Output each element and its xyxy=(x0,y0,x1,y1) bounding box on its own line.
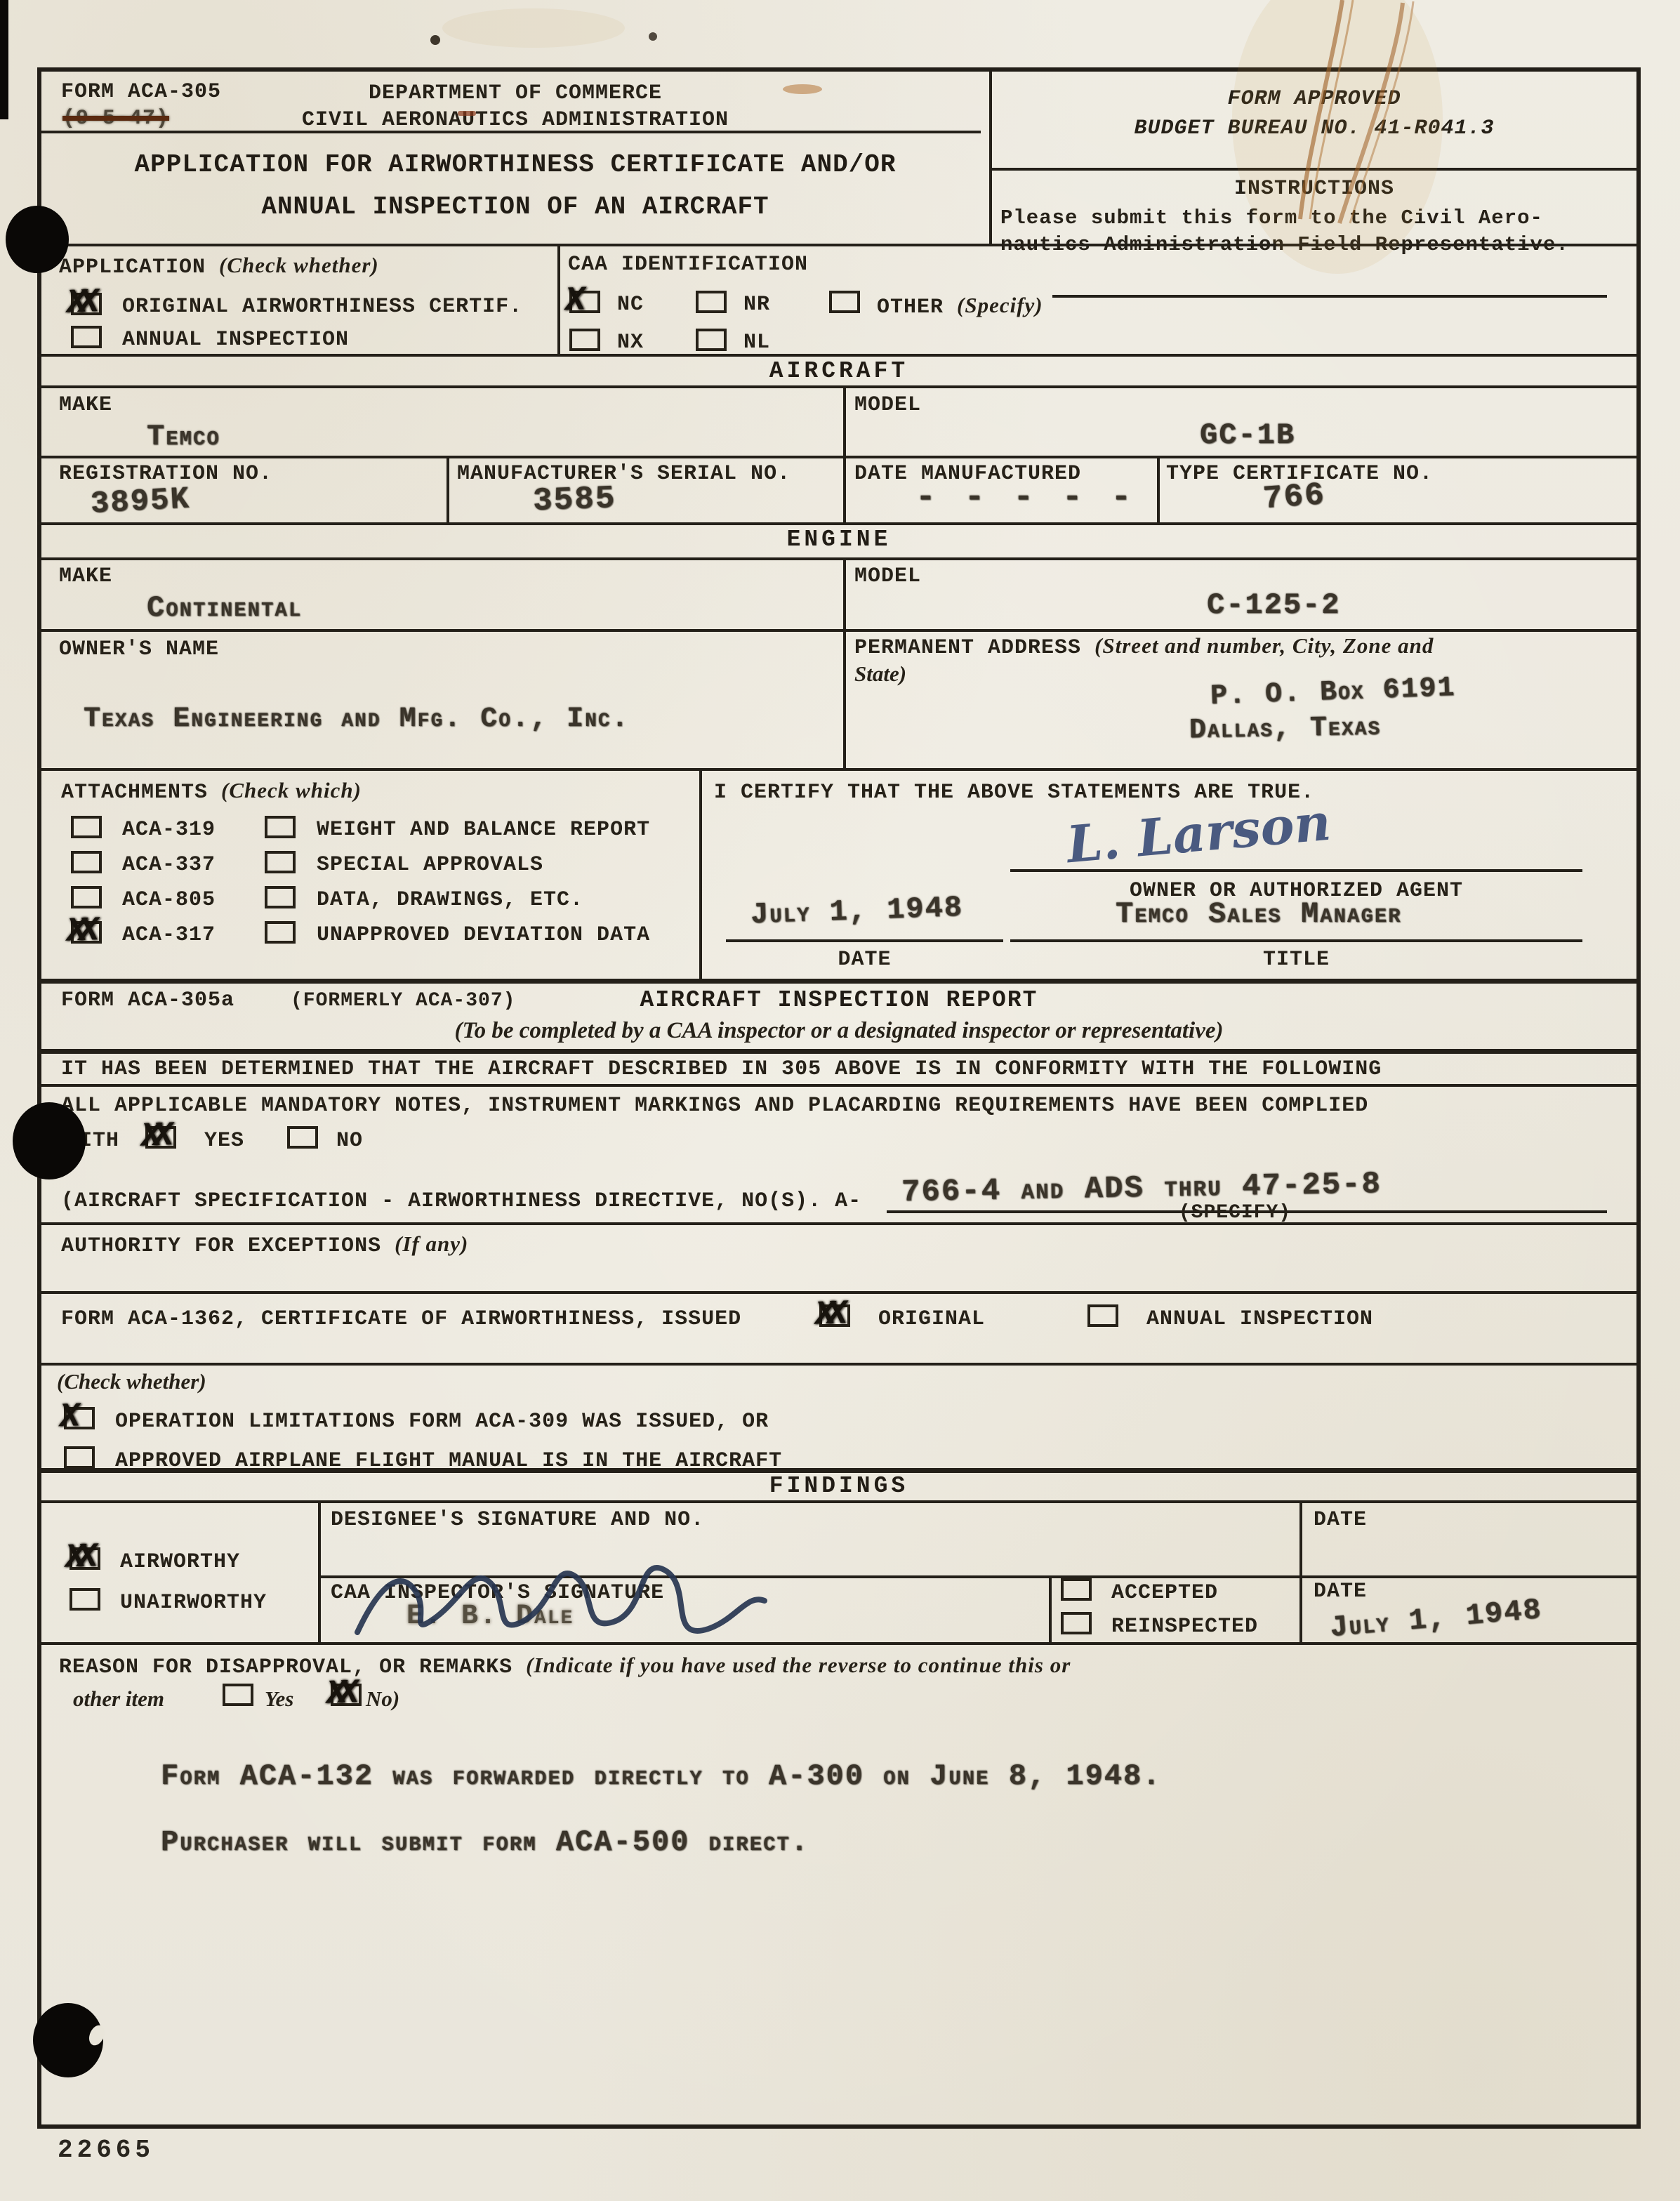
flight-manual-checkbox xyxy=(64,1446,95,1469)
issued-original-checkmark: XX xyxy=(814,1295,839,1334)
other-checkbox xyxy=(829,291,860,313)
remarks-line1: Form ACA-132 was forwarded directly to A… xyxy=(161,1759,1161,1793)
issued-original-checkbox: XX xyxy=(819,1304,850,1327)
registration-value: 3895K xyxy=(90,482,191,522)
nr-checkbox xyxy=(696,291,727,313)
page-title-line1: APPLICATION FOR AIRWORTHINESS CERTIFICAT… xyxy=(41,150,989,179)
row-divider xyxy=(37,1084,1641,1087)
special-approvals-label: SPECIAL APPROVALS xyxy=(317,853,543,877)
row-divider xyxy=(37,629,1641,632)
engine-section-header: ENGINE xyxy=(41,527,1636,553)
check-whether-note: (Check whether) xyxy=(57,1369,206,1394)
operation-limitations-checkbox: X xyxy=(64,1407,95,1429)
row-divider xyxy=(37,456,1641,458)
airworthy-checkbox: XX xyxy=(70,1547,100,1570)
accepted-label: ACCEPTED xyxy=(1111,1581,1218,1605)
annual-inspection-label: ANNUAL INSPECTION xyxy=(122,328,349,352)
accepted-checkbox xyxy=(1061,1578,1092,1601)
findings-date-divider xyxy=(1299,1500,1302,1642)
accepted-col-divider xyxy=(1049,1575,1052,1642)
nc-checkmark: X xyxy=(564,282,578,321)
disapproval-label-text: REASON FOR DISAPPROVAL, OR REMARKS xyxy=(59,1655,526,1679)
aca-317-checkbox: XX xyxy=(71,921,102,944)
row-divider xyxy=(37,354,1641,357)
unairworthy-label: UNAIRWORTHY xyxy=(120,1591,267,1615)
aircraft-make-label: MAKE xyxy=(59,393,112,417)
application-label-note: (Check whether) xyxy=(219,253,379,277)
findings-row-divider xyxy=(318,1575,1641,1578)
inspection-report-subtitle: (To be completed by a CAA inspector or a… xyxy=(41,1018,1636,1044)
caa-identification-label: CAA IDENTIFICATION xyxy=(568,253,808,277)
authority-exceptions-label: AUTHORITY FOR EXCEPTIONS (If any) xyxy=(61,1231,468,1258)
airworthy-checkmark: XX xyxy=(65,1538,89,1577)
data-drawings-label: DATA, DRAWINGS, ETC. xyxy=(317,888,583,912)
instructions-text-line1: Please submit this form to the Civil Aer… xyxy=(1000,206,1543,230)
nx-label: NX xyxy=(617,331,644,355)
certify-date-line xyxy=(726,939,1003,942)
certify-title-line xyxy=(1010,939,1582,942)
owner-name-value: Texas Engineering and Mfg. Co., Inc. xyxy=(84,703,630,735)
hole-punch-top xyxy=(6,206,69,273)
aircraft-model-value: GC-1B xyxy=(1200,418,1295,452)
reverse-no-checkbox: XX xyxy=(331,1684,362,1706)
nr-label: NR xyxy=(743,293,770,317)
complied-no-label: NO xyxy=(336,1129,363,1153)
document-serial-number: 22665 xyxy=(58,2136,154,2164)
application-label: APPLICATION (Check whether) xyxy=(59,253,379,279)
form-approved-line1: FORM APPROVED xyxy=(992,87,1636,111)
ink-fleck xyxy=(430,35,440,45)
application-label-text: APPLICATION xyxy=(59,256,219,279)
unapproved-deviation-label: UNAPPROVED DEVIATION DATA xyxy=(317,923,650,947)
certify-title-label: TITLE xyxy=(1010,948,1582,972)
department-line: DEPARTMENT OF COMMERCE xyxy=(41,81,989,105)
row-divider xyxy=(37,1222,1641,1225)
compliance-text-line1: ALL APPLICABLE MANDATORY NOTES, INSTRUME… xyxy=(61,1094,1368,1118)
inspection-date-label: DATE xyxy=(1314,1580,1367,1604)
specify-label: (SPECIFY) xyxy=(1094,1202,1375,1224)
aca-805-checkbox xyxy=(71,886,102,908)
row-divider xyxy=(37,557,1641,560)
nx-checkbox xyxy=(569,329,600,351)
nc-label: NC xyxy=(617,293,644,317)
hole-punch-middle xyxy=(13,1102,86,1179)
nc-checkbox: X xyxy=(569,291,600,313)
aca-319-checkbox xyxy=(71,816,102,838)
operation-limitations-label: OPERATION LIMITATIONS FORM ACA-309 WAS I… xyxy=(115,1410,769,1434)
engine-model-label: MODEL xyxy=(854,564,921,588)
type-certificate-value: 766 xyxy=(1262,477,1326,517)
reverse-no-label: No) xyxy=(366,1686,399,1712)
authority-exceptions-note: (If any) xyxy=(395,1231,468,1256)
row-divider xyxy=(37,1500,1641,1503)
section-divider xyxy=(37,1049,1641,1054)
airworthy-label: AIRWORTHY xyxy=(120,1550,240,1574)
form-approved-line2: BUDGET BUREAU NO. 41-R041.3 xyxy=(992,117,1636,140)
owner-name-label: OWNER'S NAME xyxy=(59,637,219,661)
complied-no-checkbox xyxy=(287,1126,318,1149)
engine-make-label: MAKE xyxy=(59,564,112,588)
form-border: FORM ACA-305 (9-5-47) DEPARTMENT OF COMM… xyxy=(37,67,1641,2129)
row-divider xyxy=(37,1363,1641,1366)
attachments-label-note: (Check which) xyxy=(221,778,362,802)
other-specify-note: (Specify) xyxy=(957,293,1043,317)
row-divider xyxy=(37,244,1641,246)
row-divider xyxy=(37,1291,1641,1294)
aca-337-label: ACA-337 xyxy=(122,853,216,877)
findings-section-header: FINDINGS xyxy=(41,1473,1636,1499)
aca-337-checkbox xyxy=(71,851,102,873)
designee-signature-label: DESIGNEE'S SIGNATURE AND NO. xyxy=(331,1508,704,1532)
data-drawings-checkbox xyxy=(265,886,296,908)
weight-balance-label: WEIGHT AND BALANCE REPORT xyxy=(317,818,650,842)
disapproval-note2: other item xyxy=(73,1686,164,1712)
original-airworthiness-checkmark: XX xyxy=(66,284,91,322)
section-divider xyxy=(37,1468,1641,1473)
weight-balance-checkbox xyxy=(265,816,296,838)
findings-left-divider xyxy=(318,1500,321,1642)
issued-annual-checkbox xyxy=(1087,1304,1118,1327)
reverse-yes-checkbox xyxy=(223,1684,253,1706)
aircraft-section-header: AIRCRAFT xyxy=(41,358,1636,384)
engine-model-value: C-125-2 xyxy=(1207,588,1340,622)
administration-line: CIVIL AERONAUTICS ADMINISTRATION xyxy=(41,108,989,132)
date-manufactured-value: - - - - - xyxy=(915,479,1135,517)
row-divider xyxy=(37,768,1641,771)
aircraft-model-label: MODEL xyxy=(854,393,921,417)
inspector-name-stamp: E. B. Dale xyxy=(406,1601,574,1632)
issued-original-label: ORIGINAL xyxy=(878,1307,985,1331)
other-specify-line xyxy=(1052,295,1607,298)
authority-exceptions-text: AUTHORITY FOR EXCEPTIONS xyxy=(61,1234,395,1258)
cell-divider xyxy=(1157,456,1160,522)
reverse-yes-label: Yes xyxy=(265,1686,293,1712)
row-divider xyxy=(37,1642,1641,1645)
complied-yes-checkbox: XX xyxy=(145,1126,176,1149)
inspection-report-title: AIRCRAFT INSPECTION REPORT xyxy=(41,987,1636,1013)
nl-checkbox xyxy=(696,329,727,351)
permanent-address-label: PERMANENT ADDRESS (Street and number, Ci… xyxy=(854,633,1434,660)
complied-yes-label: YES xyxy=(204,1129,244,1153)
page-title-line2: ANNUAL INSPECTION OF AN AIRCRAFT xyxy=(41,192,989,221)
attachments-label: ATTACHMENTS (Check which) xyxy=(61,778,362,805)
certify-title-value: Temco Sales Manager xyxy=(1116,897,1402,931)
annual-inspection-checkbox xyxy=(71,326,102,348)
cell-divider xyxy=(843,456,846,522)
application-caa-divider xyxy=(557,244,560,354)
operation-limitations-checkmark: X xyxy=(59,1399,72,1437)
engine-make-model-divider xyxy=(843,557,846,629)
owner-signature-line xyxy=(1010,869,1582,872)
disapproval-note1: (Indicate if you have used the reverse t… xyxy=(526,1653,1071,1677)
aca-317-label: ACA-317 xyxy=(122,923,216,947)
approved-instructions-divider xyxy=(989,168,1641,171)
reverse-no-checkmark: XX xyxy=(326,1674,350,1713)
engine-make-value: Continental xyxy=(147,591,302,625)
permanent-address-note2: State) xyxy=(854,661,906,687)
certificate-issued-label: FORM ACA-1362, CERTIFICATE OF AIRWORTHIN… xyxy=(61,1307,741,1331)
aircraft-make-value: Temco xyxy=(147,420,220,454)
nl-label: NL xyxy=(743,331,770,355)
designee-date-label: DATE xyxy=(1314,1508,1367,1532)
attachments-certify-divider xyxy=(699,768,702,979)
original-airworthiness-checkbox: XX xyxy=(71,293,102,315)
row-divider xyxy=(37,522,1641,525)
make-model-divider xyxy=(843,385,846,456)
spec-directive-label: (AIRCRAFT SPECIFICATION - AIRWORTHINESS … xyxy=(61,1189,861,1213)
aca-805-label: ACA-805 xyxy=(122,888,216,912)
address-line2: Dallas, Texas xyxy=(1189,712,1382,747)
permanent-address-label-text: PERMANENT ADDRESS xyxy=(854,636,1094,660)
complied-yes-checkmark: XX xyxy=(140,1117,165,1156)
aca-319-label: ACA-319 xyxy=(122,818,216,842)
instructions-title: INSTRUCTIONS xyxy=(992,177,1636,201)
disapproval-label: REASON FOR DISAPPROVAL, OR REMARKS (Indi… xyxy=(59,1653,1071,1679)
original-airworthiness-label: ORIGINAL AIRWORTHINESS CERTIF. xyxy=(122,295,522,319)
serial-label: MANUFACTURER'S SERIAL NO. xyxy=(457,462,791,486)
address-line1: P. O. Box 6191 xyxy=(1210,673,1456,713)
scan-edge-shadow xyxy=(0,0,8,119)
certify-date-label: DATE xyxy=(726,948,1003,972)
aca-317-checkmark: XX xyxy=(66,912,91,951)
unairworthy-checkbox xyxy=(70,1588,100,1611)
cell-divider xyxy=(447,456,449,522)
certify-date-value: July 1, 1948 xyxy=(750,891,964,932)
unapproved-deviation-checkbox xyxy=(265,921,296,944)
remarks-line2: Purchaser will submit form ACA-500 direc… xyxy=(161,1825,809,1859)
owner-address-divider xyxy=(843,629,846,768)
issued-annual-label: ANNUAL INSPECTION xyxy=(1146,1307,1373,1331)
scanned-form-page: FORM ACA-305 (9-5-47) DEPARTMENT OF COMM… xyxy=(0,0,1680,2201)
permanent-address-note1: (Street and number, City, Zone and xyxy=(1094,633,1434,658)
other-label-text: OTHER xyxy=(877,296,957,319)
serial-value: 3585 xyxy=(532,480,616,520)
registration-label: REGISTRATION NO. xyxy=(59,462,272,486)
reinspected-checkbox xyxy=(1061,1612,1092,1634)
attachments-label-text: ATTACHMENTS xyxy=(61,781,221,805)
reinspected-label: REINSPECTED xyxy=(1111,1615,1258,1639)
other-label: OTHER (Specify) xyxy=(877,293,1043,319)
determination-text: IT HAS BEEN DETERMINED THAT THE AIRCRAFT… xyxy=(61,1057,1382,1081)
special-approvals-checkbox xyxy=(265,851,296,873)
section-divider xyxy=(37,979,1641,984)
row-divider xyxy=(37,385,1641,388)
header-divider xyxy=(41,131,981,133)
